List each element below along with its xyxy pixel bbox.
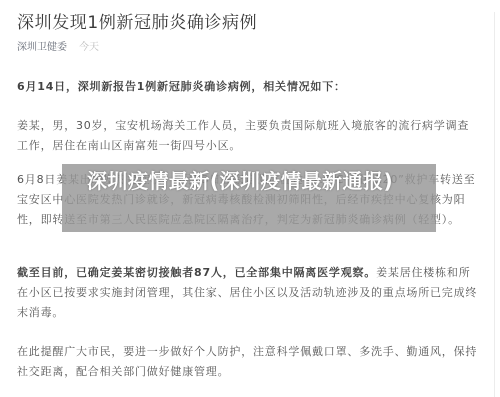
article-meta: 深圳卫健委今天 [17,41,99,55]
article-paragraph-patient: 姜某，男，30岁，宝安机场海关工作人员，主要负责国际航班入境旅客的流行病学调查工… [17,116,479,156]
article-title: 深圳发现1例新冠肺炎确诊病例 [17,12,257,34]
contacts-summary: 截至目前，已确定姜某密切接触者87人，已全部集中隔离医学观察。 [17,266,376,279]
article-paragraph-intro: 6月14日，深圳新报告1例新冠肺炎确诊病例，相关情况如下： [17,77,479,97]
scroll-edge-divider [494,12,495,397]
article-date: 今天 [79,42,99,53]
article-page: 深圳发现1例新冠肺炎确诊病例 深圳卫健委今天 6月14日，深圳新报告1例新冠肺炎… [0,0,500,397]
article-paragraph-reminder: 在此提醒广大市民，要进一步做好个人防护，注意科学佩戴口罩、多洗手、勤通风，保持社… [17,342,479,382]
headline-overlay-title: 深圳疫情最新(深圳疫情最新通报) [70,166,410,196]
article-paragraph-contacts: 截至目前，已确定姜某密切接触者87人，已全部集中隔离医学观察。姜某居住楼栋和所在… [17,263,479,323]
article-source[interactable]: 深圳卫健委 [17,42,67,53]
